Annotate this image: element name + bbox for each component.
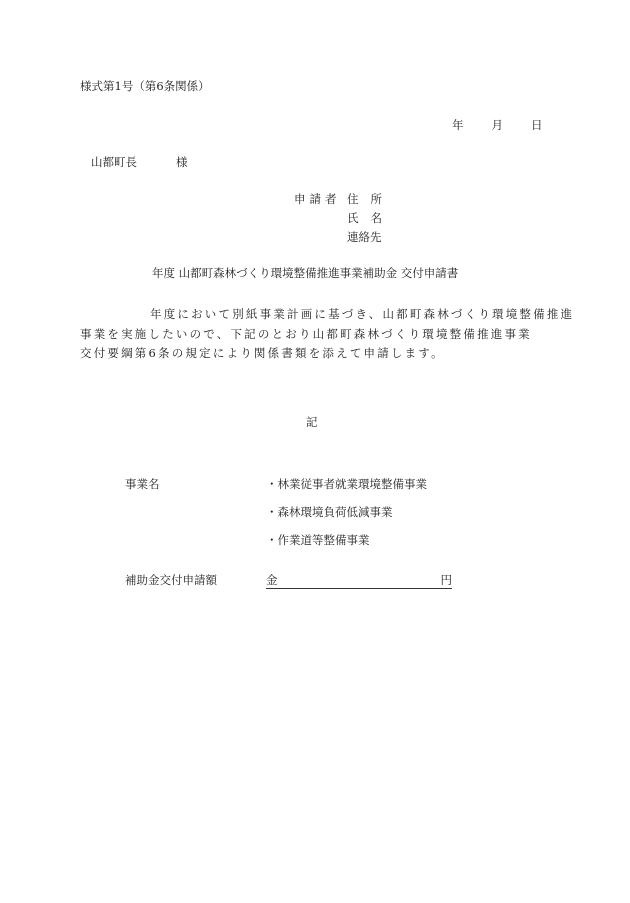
applicant-name-label: 氏名	[347, 213, 394, 225]
date-year: 年	[452, 120, 464, 132]
project-item: ・林業従事者就業環境整備事業	[266, 479, 427, 491]
date-month: 月	[492, 120, 504, 132]
date-line: 年月日	[452, 120, 543, 132]
addressee-honorific: 様	[176, 157, 188, 169]
body-line-1: 年度において別紙事業計画に基づき、山都町森林づくり環境整備推進	[150, 307, 574, 321]
applicant-contact-label: 連絡先	[347, 232, 382, 244]
date-day: 日	[531, 120, 543, 132]
form-number: 様式第1号（第6条関係）	[80, 81, 210, 93]
addressee: 山都町長様	[91, 157, 188, 169]
document-title: 年度 山都町森林づくり環境整備推進事業補助金 交付申請書	[152, 268, 458, 280]
body-paragraph: 年度において別紙事業計画に基づき、山都町森林づくり環境整備推進 事業を実施したい…	[80, 305, 546, 364]
addressee-name: 山都町長	[91, 155, 137, 169]
ki-heading: 記	[306, 417, 318, 429]
amount-suffix: 円	[441, 575, 453, 587]
body-line-2: 事業を実施したいので、下記のとおり山都町森林づくり環境整備推進事業	[80, 325, 546, 345]
project-item: ・森林環境負荷低減事業	[266, 507, 393, 519]
body-line-3: 交付要綱第6条の規定により関係書類を添えて申請します。	[80, 344, 546, 364]
amount-label: 補助金交付申請額	[125, 575, 217, 587]
project-item: ・作業道等整備事業	[266, 535, 370, 547]
applicant-address-label: 住所	[347, 194, 394, 206]
amount-field[interactable]: 金 円	[266, 575, 452, 589]
amount-prefix: 金	[266, 575, 278, 587]
applicant-label: 申請者	[294, 194, 341, 206]
project-name-label: 事業名	[125, 479, 160, 491]
